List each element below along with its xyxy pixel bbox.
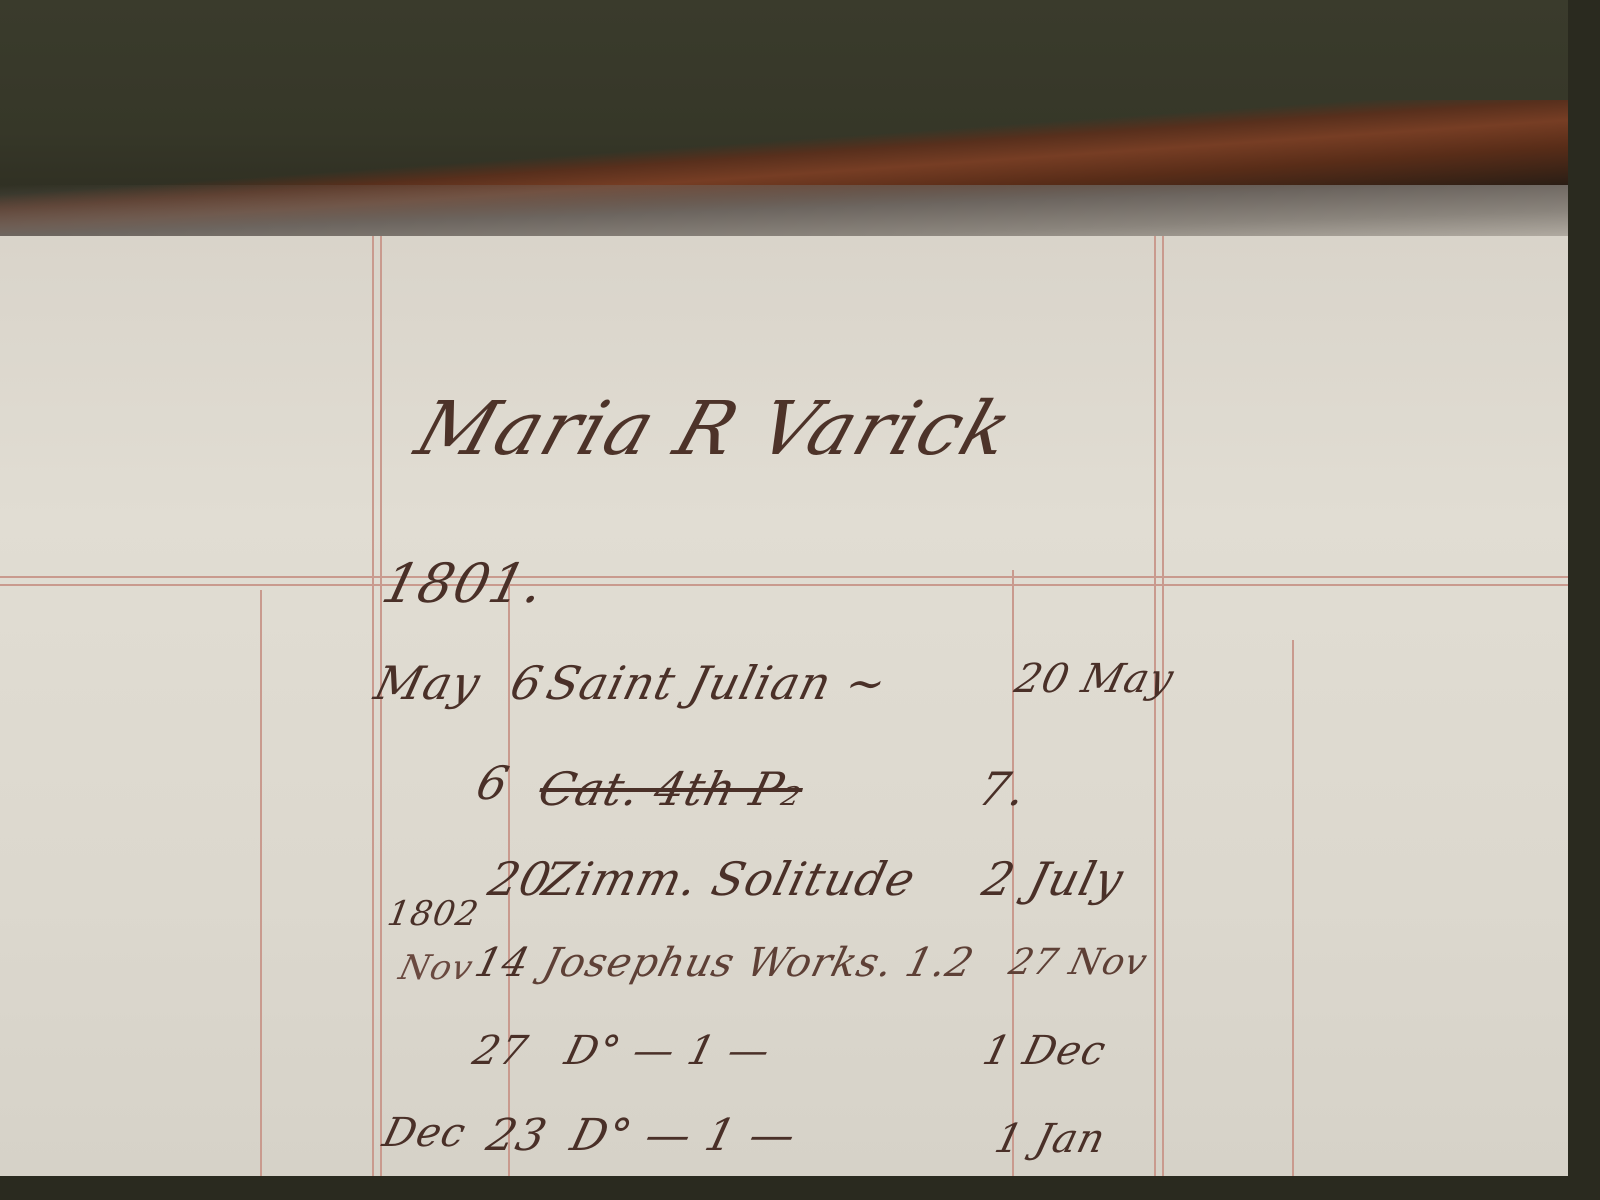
ledger-heading: Maria R Varick (406, 386, 1024, 472)
ruling-line (1162, 236, 1164, 1176)
ruling-line (0, 584, 1568, 586)
entry-returned: 20 May (1010, 656, 1178, 702)
entry-title: Saint Julian ~ (541, 656, 893, 710)
entry-returned: 1 Jan (990, 1116, 1110, 1162)
entry-title: D° — 1 — (560, 1028, 775, 1074)
entry-day: 27 (468, 1028, 532, 1074)
ruling-line (1154, 236, 1156, 1176)
entry-returned: 1 Dec (978, 1028, 1111, 1074)
entry-title: Zimm. Solitude (537, 852, 921, 906)
ruling-line (0, 576, 1568, 578)
entry-month: May (369, 656, 486, 710)
entry-month: Dec (378, 1110, 471, 1156)
entry-month: Nov (395, 948, 477, 988)
ruling-line (1292, 640, 1294, 1176)
entry-returned: 27 Nov (1005, 942, 1152, 983)
ledger-page: Maria R Varick 1801. 1802 May 6 Saint Ju… (0, 236, 1568, 1176)
year-label: 1801. (376, 552, 551, 615)
entry-day: 14 (470, 940, 534, 986)
entry-returned: 2 July (977, 852, 1129, 906)
ruling-line (260, 590, 262, 1176)
year-label: 1802 (384, 894, 482, 934)
entry-title: Josephus Works. 1.2 (538, 940, 979, 986)
entry-title: D° — 1 — (566, 1110, 802, 1161)
entry-returned: 7. (973, 762, 1032, 816)
entry-day: 23 (482, 1110, 553, 1161)
entry-title: Cat. 4th P₂ (533, 762, 809, 816)
